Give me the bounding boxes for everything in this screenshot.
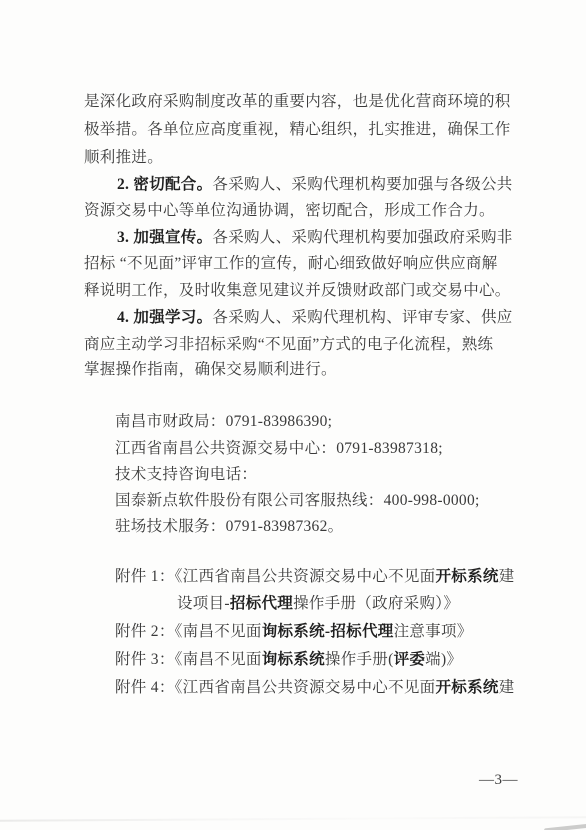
para3-line2: 招标 “不见面”评审工作的宣传，耐心细致做好响应供应商解 [84,255,498,273]
contact-line-finance-bureau: 南昌市财政局：0791-83986390; [115,413,332,431]
para4-line1: 4. 加强学习。各采购人、采购代理机构、评审专家、供应 [117,309,513,327]
scan-corner-artifact [544,824,586,830]
para1-line2: 极举措。各单位应高度重视，精心组织，扎实推进，确保工作 [84,121,511,139]
para2-heading: 2. 密切配合。 [117,176,212,193]
para4-line1-rest: 各采购人、采购代理机构、评审专家、供应 [212,309,512,326]
para2-line2: 资源交易中心等单位沟通协调，密切配合，形成工作合力。 [84,202,495,220]
scanned-document-page: 是深化政府采购制度改革的重要内容，也是优化营商环境的积 极举措。各单位应高度重视… [0,0,586,830]
attachment-4-line: 附件 4：《江西省南昌公共资源交易中心不见面开标系统建 [115,679,515,697]
contact-line-onsite-service: 驻场技术服务：0791-83987362。 [115,518,343,536]
attachment-1-line2: 设项目-招标代理操作手册（政府采购）》 [177,595,459,613]
contact-line-hotline: 国泰新点软件股份有限公司客服热线：400-998-0000; [115,492,480,510]
attachment-1-line1: 附件 1：《江西省南昌公共资源交易中心不见面开标系统建 [115,568,515,586]
contact-line-exchange-center: 江西省南昌公共资源交易中心：0791-83987318; [115,440,443,458]
page-number: —3— [479,772,518,789]
para1-line3: 顺利推进。 [84,149,163,167]
contact-line-tech-support-label: 技术支持咨询电话： [115,466,257,484]
para4-heading: 4. 加强学习。 [117,309,212,326]
attachment-2-line: 附件 2：《南昌不见面询标系统-招标代理注意事项》 [115,623,473,641]
para3-line1: 3. 加强宣传。各采购人、采购代理机构要加强政府采购非 [117,229,513,247]
para4-line2: 商应主动学习非招标采购“不见面”方式的电子化流程，熟练 [84,336,493,354]
para2-line1: 2. 密切配合。各采购人、采购代理机构要加强与各级公共 [117,176,513,194]
para2-line1-rest: 各采购人、采购代理机构要加强与各级公共 [212,176,512,193]
para3-heading: 3. 加强宣传。 [117,229,212,246]
attachment-3-line: 附件 3：《南昌不见面询标系统操作手册(评委端)》 [115,651,462,669]
para3-line3: 释说明工作，及时收集意见建议并反馈财政部门或交易中心。 [84,282,511,300]
para4-line3: 掌握操作指南，确保交易顺利进行。 [84,361,337,379]
para3-line1-rest: 各采购人、采购代理机构要加强政府采购非 [212,229,512,246]
scan-edge-artifact [0,816,586,822]
para1-line1: 是深化政府采购制度改革的重要内容，也是优化营商环境的积 [84,93,511,111]
